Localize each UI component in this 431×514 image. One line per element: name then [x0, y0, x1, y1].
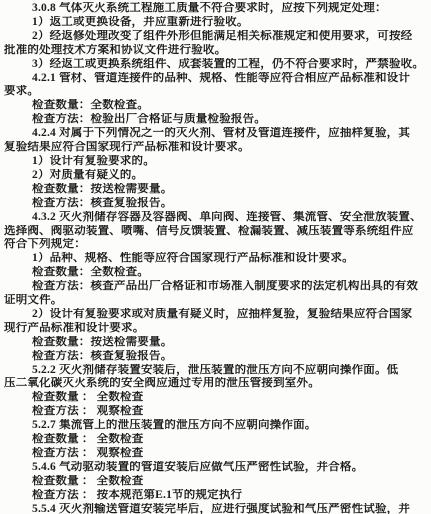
- text-line: 压二氧化碳灭火系统的安全阀应通过专用的泄压管接到室外。: [4, 377, 428, 391]
- text-line: 检查方法：检验出厂合格证与质量检验报告。: [4, 113, 428, 127]
- text-line: 检查方法 ： 观察检查: [4, 447, 428, 461]
- text-line: 4.3.2 灭火剂储存容器及容器阀、单向阀、连接管、集流管、安全泄放装置、: [4, 211, 428, 225]
- text-line: 检查数量 ： 全数检查: [4, 475, 428, 489]
- text-line: 1）设计有复验要求的。: [4, 155, 428, 169]
- text-line: 检查数量 ： 全数检查: [4, 391, 428, 405]
- text-line: 检查数量：按送检需要量。: [4, 336, 428, 350]
- text-line: 符合下列规定：: [4, 238, 428, 252]
- text-line: 3.0.8 气体灭火系统工程施工质量不符合要求时，应按下列规定处理：: [4, 2, 428, 16]
- text-line: 2）对质量有疑义的。: [4, 169, 428, 183]
- text-line: 检查方法 ： 按本规范第E.1节的规定执行: [4, 489, 428, 503]
- document-body: 3.0.8 气体灭火系统工程施工质量不符合要求时，应按下列规定处理：1）返工或更…: [4, 2, 428, 514]
- text-line: 检查方法：核查复验报告。: [4, 197, 428, 211]
- text-line: 现行产品标准和设计要求。: [4, 322, 428, 336]
- text-line: 检查数量：全数检查。: [4, 99, 428, 113]
- text-line: 3）经返工或更换系统组件、成套装置的工程，仍不符合要求时，严禁验收。: [4, 58, 428, 72]
- text-line: 检查数量：全数检查。: [4, 266, 428, 280]
- text-line: 4.2.1 管材、管道连接件的品种、规格、性能等应符合相应产品标准和设计: [4, 72, 428, 86]
- text-line: 1）返工或更换设备，并应重新进行验收。: [4, 16, 428, 30]
- text-line: 5.2.7 集流管上的泄压装置的泄压方向不应朝向操作面。: [4, 419, 428, 433]
- text-line: 2）经返修处理改变了组件外形但能满足相关标准规定和使用要求，可按经: [4, 30, 428, 44]
- text-line: 5.5.4 灭火剂输送管道安装完毕后，应进行强度试验和气压严密性试验，并: [4, 503, 428, 514]
- text-line: 检查方法 ： 观察检查: [4, 405, 428, 419]
- text-line: 4.2.4 对属于下列情况之一的灭火剂、管材及管道连接件，应抽样复验，其: [4, 127, 428, 141]
- document-page: 3.0.8 气体灭火系统工程施工质量不符合要求时，应按下列规定处理：1）返工或更…: [0, 0, 431, 514]
- text-line: 复验结果应符合国家现行产品标准和设计要求。: [4, 141, 428, 155]
- text-line: 检查方法：核查产品出厂合格证和市场准入制度要求的法定机构出具的有效: [4, 280, 428, 294]
- text-line: 5.2.2 灭火剂储存装置安装后，泄压装置的泄压方向不应朝向操作面。低: [4, 364, 428, 378]
- text-line: 2）设计有复验要求或对质量有疑义时，应抽样复验，复验结果应符合国家: [4, 308, 428, 322]
- text-line: 批准的处理技术方案和协议文件进行验收。: [4, 44, 428, 58]
- text-line: 检查数量：按送检需要量。: [4, 183, 428, 197]
- text-line: 要求。: [4, 85, 428, 99]
- text-line: 选择阀、阀驱动装置、喷嘴、信号反馈装置、检漏装置、减压装置等系统组件应: [4, 225, 428, 239]
- text-line: 5.4.6 气动驱动装置的管道安装后应做气压严密性试验，并合格。: [4, 461, 428, 475]
- text-line: 检查方法：核查复验报告。: [4, 350, 428, 364]
- text-line: 检查数量 ： 全数检查: [4, 433, 428, 447]
- text-line: 1）品种、规格、性能等应符合国家现行产品标准和设计要求。: [4, 252, 428, 266]
- text-line: 证明文件。: [4, 294, 428, 308]
